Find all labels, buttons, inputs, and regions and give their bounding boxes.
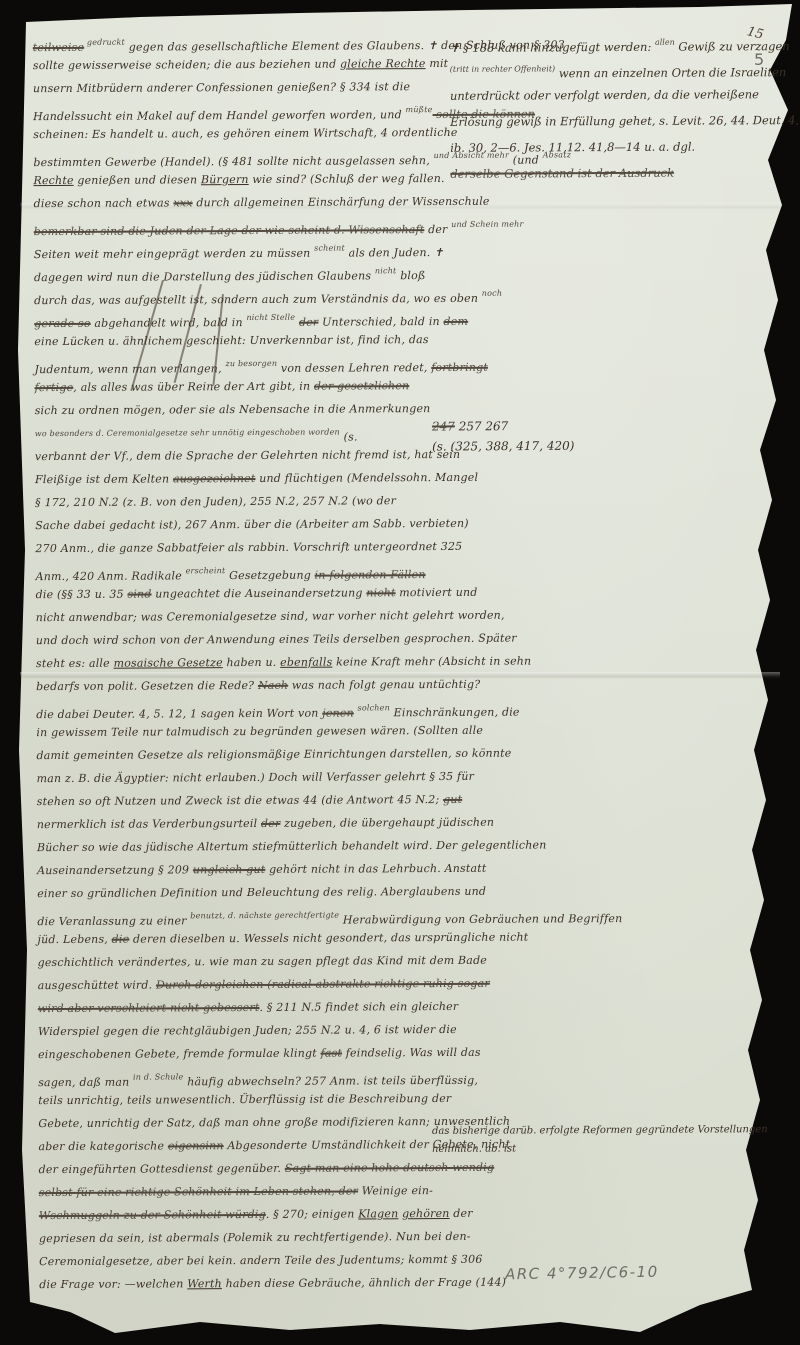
manuscript-line: sich zu ordnen mögen, oder sie als Neben… — [35, 397, 465, 422]
manuscript-line: Anm., 420 Anm. Radikale erscheint Gesetz… — [35, 558, 465, 583]
manuscript-line: gepriesen da sein, ist abermals (Polemik… — [39, 1225, 469, 1250]
manuscript-line: Sache dabei gedacht ist), 267 Anm. über … — [35, 512, 465, 537]
manuscript-line: bedarfs von polit. Gesetzen die Rede? Na… — [36, 673, 466, 698]
manuscript-line: ausgeschüttet wird. Durch dergleichen (r… — [38, 972, 468, 997]
manuscript-line: Judentum, wenn man verlangen, zu besorge… — [34, 351, 464, 376]
manuscript-scan: teilweise gedruckt gegen das gesellschaf… — [0, 0, 800, 1345]
manuscript-line: Auseinandersetzung § 209 ungleich gut ge… — [37, 857, 467, 882]
manuscript-line: und doch wird schon von der Anwendung ei… — [36, 627, 466, 652]
manuscript-line: Seiten weit mehr eingeprägt werden zu mü… — [34, 236, 464, 261]
manuscript-line: derselbe Gegenstand ist der Ausdruck — [450, 159, 780, 187]
manuscript-line: eingeschobenen Gebete, fremde formulae k… — [38, 1041, 468, 1066]
archive-number: ARC 4°792/C6-10 — [505, 1263, 659, 1284]
manuscript-line: sollte gewisserweise scheiden; die aus b… — [33, 52, 463, 77]
manuscript-line: Wschmuggeln zu der Schönheit würdig. § 2… — [39, 1202, 469, 1227]
manuscript-line: damit gemeinten Gesetze als religionsmäß… — [36, 742, 466, 767]
manuscript-line: nicht anwendbar; was Ceremonialgesetze s… — [36, 604, 466, 629]
manuscript-line: selbst für eine richtige Schönheit im Le… — [39, 1179, 469, 1204]
manuscript-line: Widerspiel gegen die rechtgläubigen Jude… — [38, 1018, 468, 1043]
manuscript-line: teilweise gedruckt gegen das gesellschaf… — [33, 29, 463, 54]
manuscript-line: das bisherige darüb. erfolgte Reformen g… — [432, 1121, 777, 1141]
manuscript-line: scheinen: Es handelt u. auch, es gehören… — [33, 121, 463, 146]
manuscript-line: steht es: alle mosaische Gesetze haben u… — [36, 650, 466, 675]
manuscript-line: Handelssucht ein Makel auf dem Handel ge… — [33, 98, 463, 123]
manuscript-line: verbannt der Vf., dem die Sprache der Ge… — [35, 443, 465, 468]
manuscript-line: durch das, was aufgestellt ist, sondern … — [34, 282, 464, 307]
manuscript-line: in gewissem Teile nur talmudisch zu begr… — [36, 719, 466, 744]
manuscript-line: Bücher so wie das jüdische Altertum stie… — [37, 834, 467, 859]
manuscript-line: Ceremonialgesetze, aber bei kein. andern… — [39, 1248, 469, 1273]
folio-number-pencil: 5 — [754, 50, 764, 69]
manuscript-line: (tritt in rechter Offenheit) wenn an ein… — [450, 55, 780, 83]
manuscript-line: die Veranlassung zu einer benutzt, d. nä… — [37, 903, 467, 928]
manuscript-line: unsern Mitbrüdern anderer Confessionen g… — [33, 75, 463, 100]
manuscript-line: sagen, daß man in d. Schule häufig abwec… — [38, 1064, 468, 1089]
manuscript-line: die Frage vor: —welchen Werth haben dies… — [39, 1271, 469, 1296]
manuscript-line: gerade so abgehandelt wird, bald in nich… — [34, 305, 464, 330]
main-text-block: teilweise gedruckt gegen das gesellschaf… — [33, 29, 470, 1296]
manuscript-line: (s. (325, 388, 417, 420) — [432, 435, 632, 456]
manuscript-line: teils unrichtig, teils unwesentlich. Übe… — [38, 1087, 468, 1112]
manuscript-line: nermerklich ist das Verderbungsurteil de… — [37, 811, 467, 836]
manuscript-line: Rechte genießen und diesen Bürgern wie s… — [33, 167, 463, 192]
manuscript-line: aber die kategorische eigensinn Abgesond… — [38, 1133, 468, 1158]
margin-note-block: das bisherige darüb. erfolgte Reformen g… — [432, 1121, 777, 1159]
manuscript-line: nehmlich. ab. ist — [432, 1139, 777, 1159]
manuscript-line: wird aber verschleiert nicht gebessert. … — [38, 995, 468, 1020]
manuscript-line: § 172, 210 N.2 (z. B. von den Juden), 25… — [35, 489, 465, 514]
manuscript-line: 247 257 267 — [432, 415, 632, 436]
manuscript-line: dagegen wird nun die Darstellung des jüd… — [34, 259, 464, 284]
manuscript-line: jüd. Lebens, die deren dieselben u. Wess… — [37, 926, 467, 951]
manuscript-line: bemerkbar sind die Juden der Lage der wi… — [34, 213, 464, 238]
reference-annotation-block: 247 257 267(s. (325, 388, 417, 420) — [432, 415, 632, 456]
manuscript-line: einer so gründlichen Definition und Bele… — [37, 880, 467, 905]
manuscript-line: eine Lücken u. ähnlichem geschieht: Unve… — [34, 328, 464, 353]
manuscript-line: wo besonders d. Ceremonialgesetze sehr u… — [35, 420, 465, 445]
manuscript-line: Fleißige ist dem Kelten ausgezeichnet un… — [35, 466, 465, 491]
manuscript-line: stehen so oft Nutzen und Zweck ist die e… — [37, 788, 467, 813]
addendum-note-block: ✝ § 188 kann hinzugefügt werden: allen G… — [450, 29, 781, 187]
manuscript-line: diese schon nach etwas xxx durch allgeme… — [34, 190, 464, 215]
manuscript-line: Gebete, unrichtig der Satz, daß man ohne… — [38, 1110, 468, 1135]
manuscript-line: geschichtlich verändertes, u. wie man zu… — [38, 949, 468, 974]
manuscript-line: unterdrückt oder verfolgt werden, da die… — [450, 81, 780, 109]
manuscript-line: man z. B. die Ägyptier: nicht erlauben.)… — [37, 765, 467, 790]
manuscript-line: die dabei Deuter. 4, 5. 12, 1 sagen kein… — [36, 696, 466, 721]
manuscript-line: fertige, als alles was über Reine der Ar… — [34, 374, 464, 399]
manuscript-line: die (§§ 33 u. 35 sind ungeachtet die Aus… — [36, 581, 466, 606]
manuscript-line: 270 Anm., die ganze Sabbatfeier als rabb… — [35, 535, 465, 560]
manuscript-line: der eingeführten Gottesdienst gegenüber.… — [39, 1156, 469, 1181]
manuscript-line: Erlösung gewiß in Erfüllung gehet, s. Le… — [450, 107, 780, 135]
manuscript-line: bestimmten Gewerbe (Handel). (§ 481 soll… — [33, 144, 463, 169]
manuscript-line: ✝ § 188 kann hinzugefügt werden: allen G… — [450, 29, 780, 57]
manuscript-line: ib. 30, 2—6. Jes. 11,12. 41,8—14 u. a. d… — [450, 133, 780, 161]
